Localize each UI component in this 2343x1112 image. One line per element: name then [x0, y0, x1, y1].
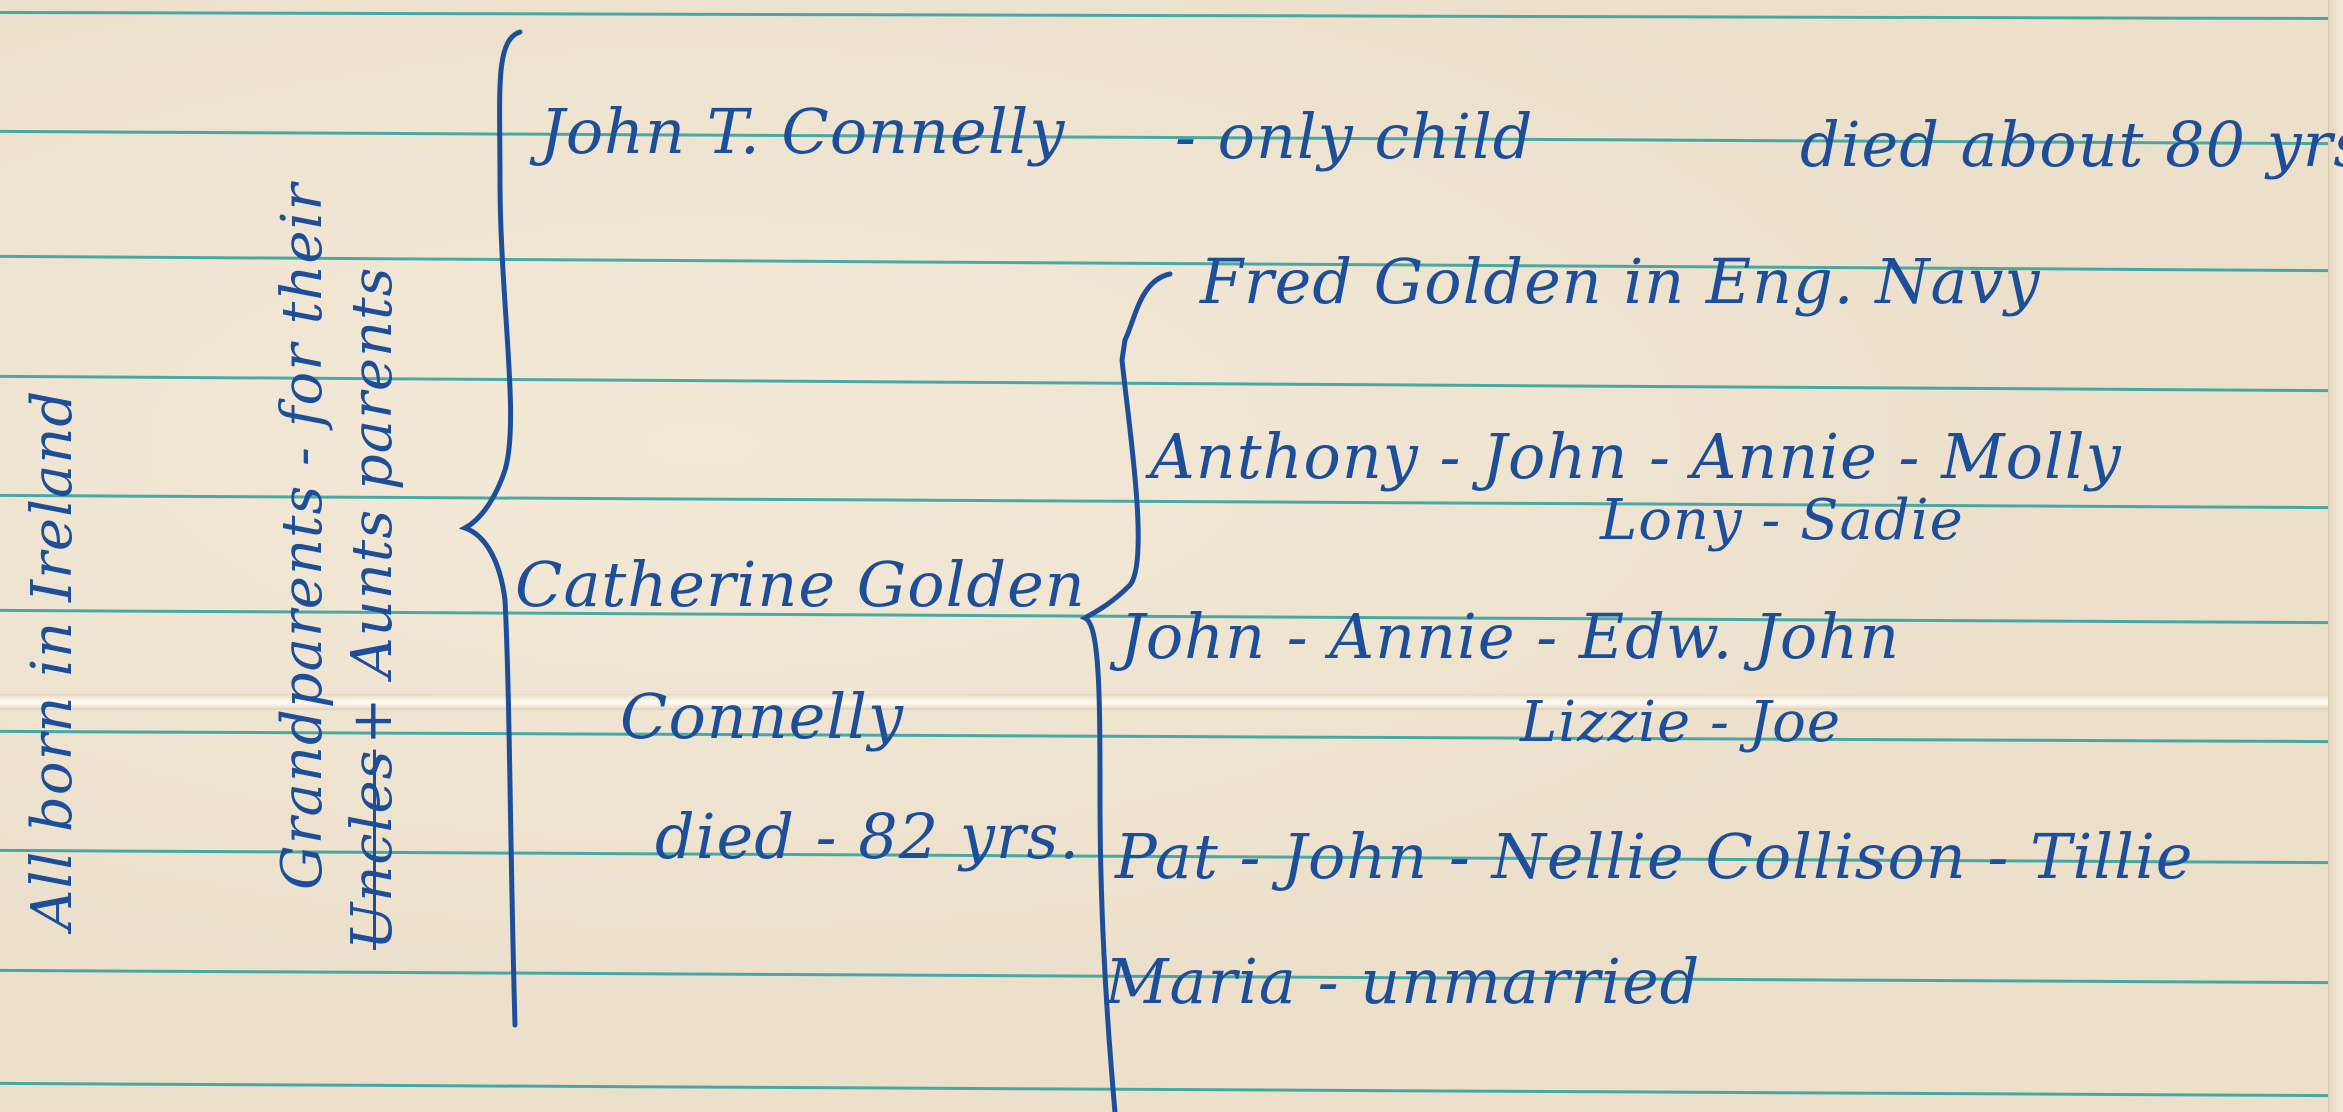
margin-note-aunts-parents: + Aunts parents — [340, 267, 405, 745]
child-entry: Anthony - John - Annie - Molly — [1150, 420, 2122, 493]
child-entry-continuation: Lony - Sadie — [1600, 488, 1964, 553]
margin-note-uncles-aunts: Uncles + Aunts parents — [340, 267, 405, 950]
margin-note-grandparents: Grandparents - for their — [270, 183, 335, 890]
grandmother-married-name: Connelly — [620, 680, 904, 753]
grandmother-name: Catherine Golden — [515, 548, 1086, 621]
child-entry: Pat - John - Nellie Collison - Tillie — [1115, 820, 2193, 893]
grandmother-death: died - 82 yrs. — [655, 800, 1080, 873]
grandfather-name: John T. Connelly — [540, 95, 1065, 168]
grandfather-note: - only child — [1175, 100, 1533, 173]
margin-note-born-in-ireland: All born in Ireland — [20, 390, 85, 930]
child-entry: Maria - unmarried — [1105, 945, 1700, 1018]
grandfather-death: died about 80 yrs. — [1800, 108, 2343, 181]
child-entry: Fred Golden in Eng. Navy — [1200, 245, 2040, 318]
struck-word: Uncles — [340, 750, 405, 950]
child-entry: John - Annie - Edw. John — [1120, 600, 1900, 673]
child-entry-continuation: Lizzie - Joe — [1520, 690, 1841, 755]
